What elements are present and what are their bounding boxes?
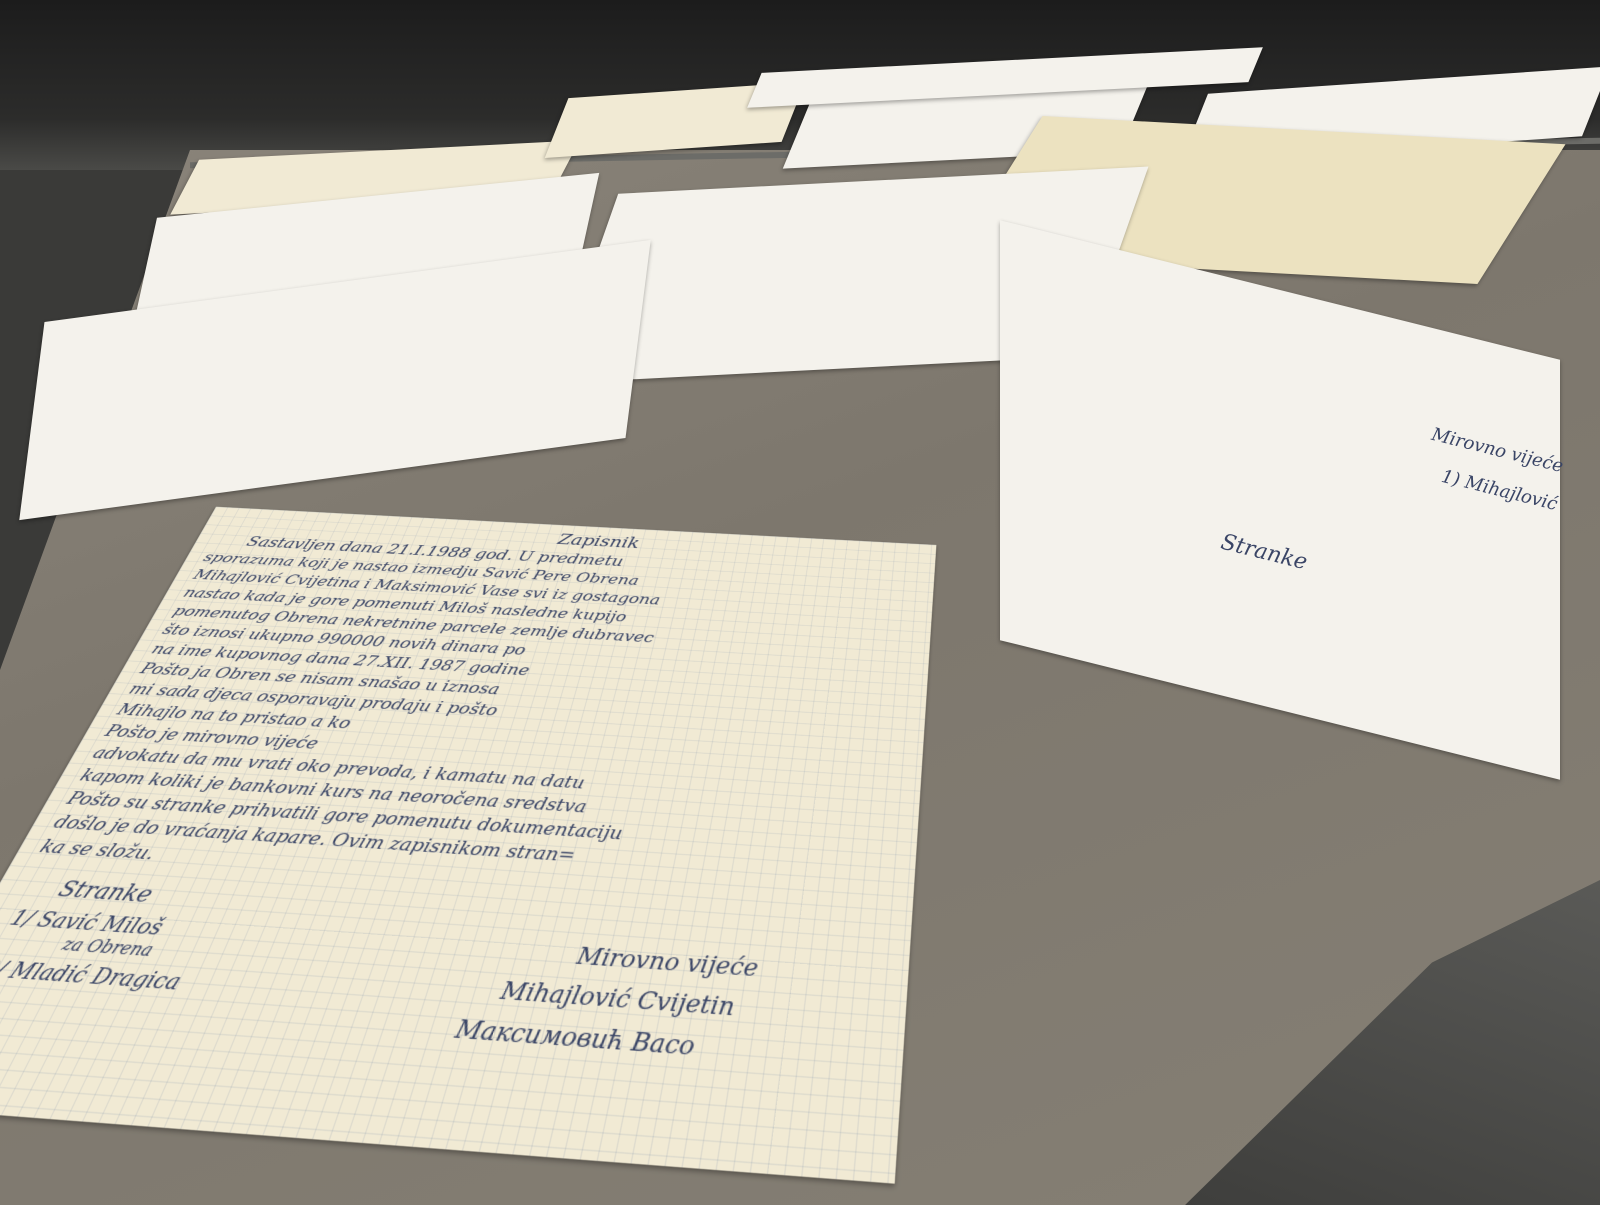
signature-1: Mihajlović Cvijetin <box>497 978 736 1023</box>
signature-2: Максимовић Васо <box>452 1016 697 1062</box>
doc-title: Zapisnik <box>556 531 642 552</box>
council-label: Mirovno vijeće <box>574 943 760 983</box>
parties-label: Stranke <box>53 877 157 908</box>
doc-line: ka se složu. <box>36 836 160 864</box>
party-2: 2/ Mladić Dragica <box>0 955 186 995</box>
